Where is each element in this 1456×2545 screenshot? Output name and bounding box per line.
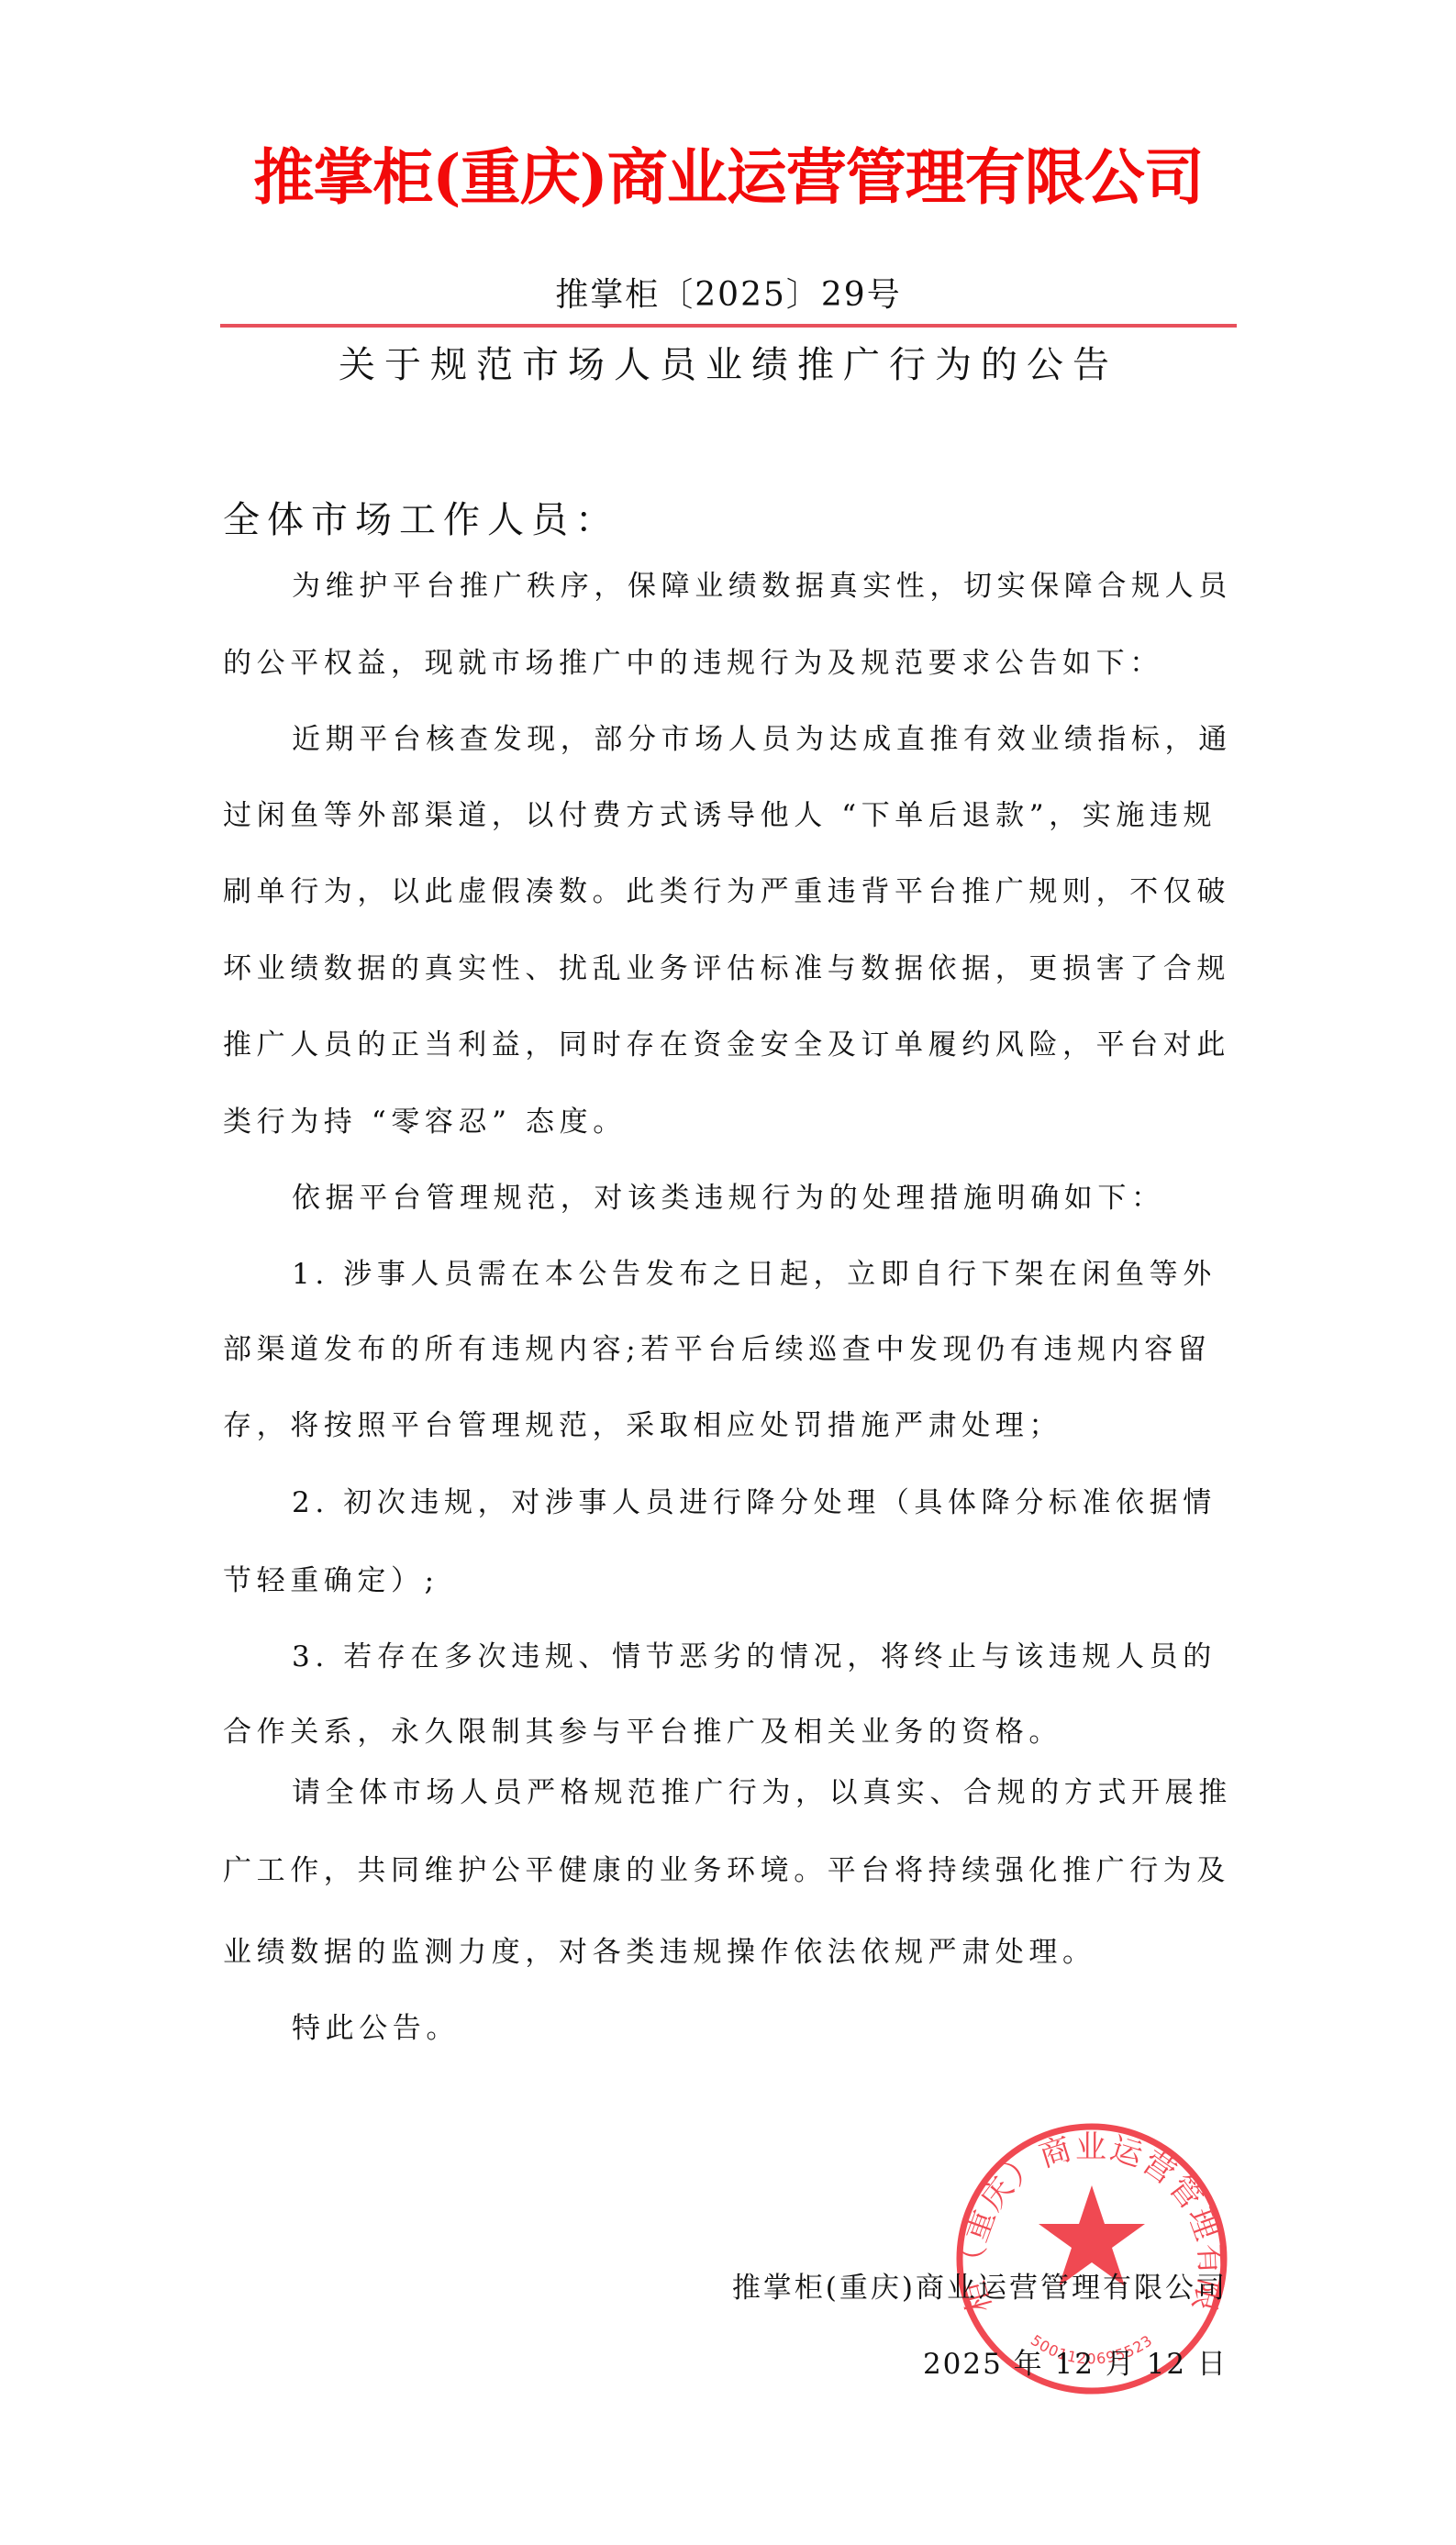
body-line: 合作关系，永久限制其参与平台推广及相关业务的资格。 — [223, 1712, 1232, 1752]
body-line: 存，将按照平台管理规范，采取相应处罚措施严肃处理； — [223, 1406, 1232, 1446]
document-number: 推掌柜〔2025〕29号 — [220, 273, 1237, 317]
body-line: 依据平台管理规范，对该类违规行为的处理措施明确如下： — [292, 1178, 1232, 1218]
body-line: 业绩数据的监测力度，对各类违规操作依法依规严肃处理。 — [223, 1932, 1232, 1973]
body-line: 刷单行为，以此虚假凑数。此类行为严重违背平台推广规则，不仅破 — [223, 872, 1232, 912]
notice-title: 关于规范市场人员业绩推广行为的公告 — [220, 341, 1237, 389]
body-line: 过闲鱼等外部渠道，以付费方式诱导他人 “下单后退款”，实施违规 — [223, 795, 1232, 836]
body-line: 类行为持 “零容忍” 态度。 — [223, 1102, 1232, 1142]
body-line: 特此公告。 — [292, 2008, 1232, 2049]
body-line: 广工作，共同维护公平健康的业务环境。平台将持续强化推广行为及 — [223, 1850, 1232, 1891]
body-line: 2. 初次违规，对涉事人员进行降分处理（具体降分标准依据情 — [292, 1483, 1232, 1523]
body-line: 为维护平台推广秩序，保障业绩数据真实性，切实保障合规人员 — [292, 566, 1232, 606]
company-title: 推掌柜(重庆)商业运营管理有限公司 — [220, 138, 1237, 217]
body-line: 节轻重确定）; — [223, 1561, 1232, 1601]
body-line: 的公平权益，现就市场推广中的违规行为及规范要求公告如下： — [223, 643, 1232, 683]
header-divider — [220, 324, 1237, 328]
body-line: 部渠道发布的所有违规内容;若平台后续巡查中发现仍有违规内容留 — [223, 1329, 1232, 1370]
body-line: 近期平台核查发现，部分市场人员为达成直推有效业绩指标，通 — [292, 719, 1232, 760]
issue-date: 2025 年 12 月 12 日 — [923, 2344, 1228, 2384]
body-line: 3. 若存在多次违规、情节恶劣的情况，将终止与该违规人员的 — [292, 1637, 1232, 1677]
body-line: 推广人员的正当利益，同时存在资金安全及订单履约风险，平台对此 — [223, 1025, 1232, 1065]
body-line: 1. 涉事人员需在本公告发布之日起，立即自行下架在闲鱼等外 — [292, 1254, 1232, 1295]
body-line: 请全体市场人员严格规范推广行为，以真实、合规的方式开展推 — [292, 1773, 1232, 1813]
salutation: 全体市场工作人员： — [223, 495, 619, 545]
body-line: 坏业绩数据的真实性、扰乱业务评估标准与数据依据，更损害了合规 — [223, 949, 1232, 989]
issuer-signature: 推掌柜(重庆)商业运营管理有限公司 — [732, 2268, 1228, 2308]
